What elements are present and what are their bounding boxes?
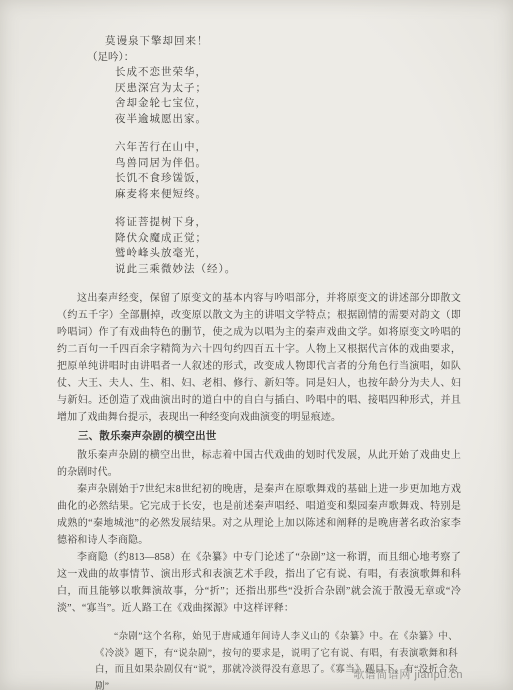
paragraph-lishangyin: 李商隐（约813—858）在《杂纂》中专门论述了“杂剧”这一称谓，而且细心地考察… [57,549,461,617]
verse-line: 长成不恋世荣华， [115,65,461,81]
section-heading: 三、散乐秦声杂剧的横空出世 [57,428,461,445]
paragraph-zaju-origin: 秦声杂剧始于7世纪末8世纪初的晚唐，是秦声在原歌舞戏的基础上进一步更加地方戏曲化… [57,481,461,549]
body-text: 这出秦声经变，保留了原变文的基本内容与吟唱部分，并将原变文的讲述部分即散文（约五… [57,290,461,617]
verse-marker: （足吟）： [87,50,461,66]
verse-line: 厌患深宫为太子； [115,81,461,97]
verse-line: 舍却金轮七宝位， [115,96,461,112]
verse-block-a: 莫谩泉下擎却回来！ （足吟）： 长成不恋世荣华， 厌患深宫为太子； 舍却金轮七宝… [57,34,461,127]
watermark: 歌谱简谱网 jianpu.cn [353,666,463,682]
page-content: 莫谩泉下擎却回来！ （足吟）： 长成不恋世荣华， 厌患深宫为太子； 舍却金轮七宝… [0,0,513,690]
verse-line: 将证菩提树下身， [115,215,461,231]
verse-line: 说此三乘微妙法（经）。 [115,262,461,278]
book-page: 莫谩泉下擎却回来！ （足吟）： 长成不恋世荣华， 厌患深宫为太子； 舍却金轮七宝… [0,0,513,690]
paragraph-qinsheng-jingbian: 这出秦声经变，保留了原变文的基本内容与吟唱部分，并将原变文的讲述部分即散文（约五… [57,290,461,426]
verse-line: 夜半逾城愿出家。 [115,112,461,128]
verse-block-b: 六年苦行在山中， 鸟兽同居为伴侣。 长饥不食珍馐饭， 麻麦将来便短终。 [57,140,461,202]
verse-section: 莫谩泉下擎却回来！ （足吟）： 长成不恋世荣华， 厌患深宫为太子； 舍却金轮七宝… [57,34,461,277]
verse-line: 鸟兽同居为伴侣。 [115,156,461,172]
paragraph-sanyue-intro: 散乐秦声杂剧的横空出世，标志着中国古代戏曲的划时代发展，从此开始了戏曲史上的杂剧… [57,447,461,481]
verse-line: 长饥不食珍馐饭， [115,171,461,187]
verse-line: 六年苦行在山中， [115,140,461,156]
verse-line: 麻麦将来便短终。 [115,187,461,203]
verse-line: 降伏众魔成正觉； [115,231,461,247]
verse-block-c: 将证菩提树下身， 降伏众魔成正觉； 鹫岭峰头放毫光， 说此三乘微妙法（经）。 [57,215,461,277]
verse-line: 鹫岭峰头放毫光， [115,246,461,262]
verse-line: 莫谩泉下擎却回来！ [105,34,461,50]
